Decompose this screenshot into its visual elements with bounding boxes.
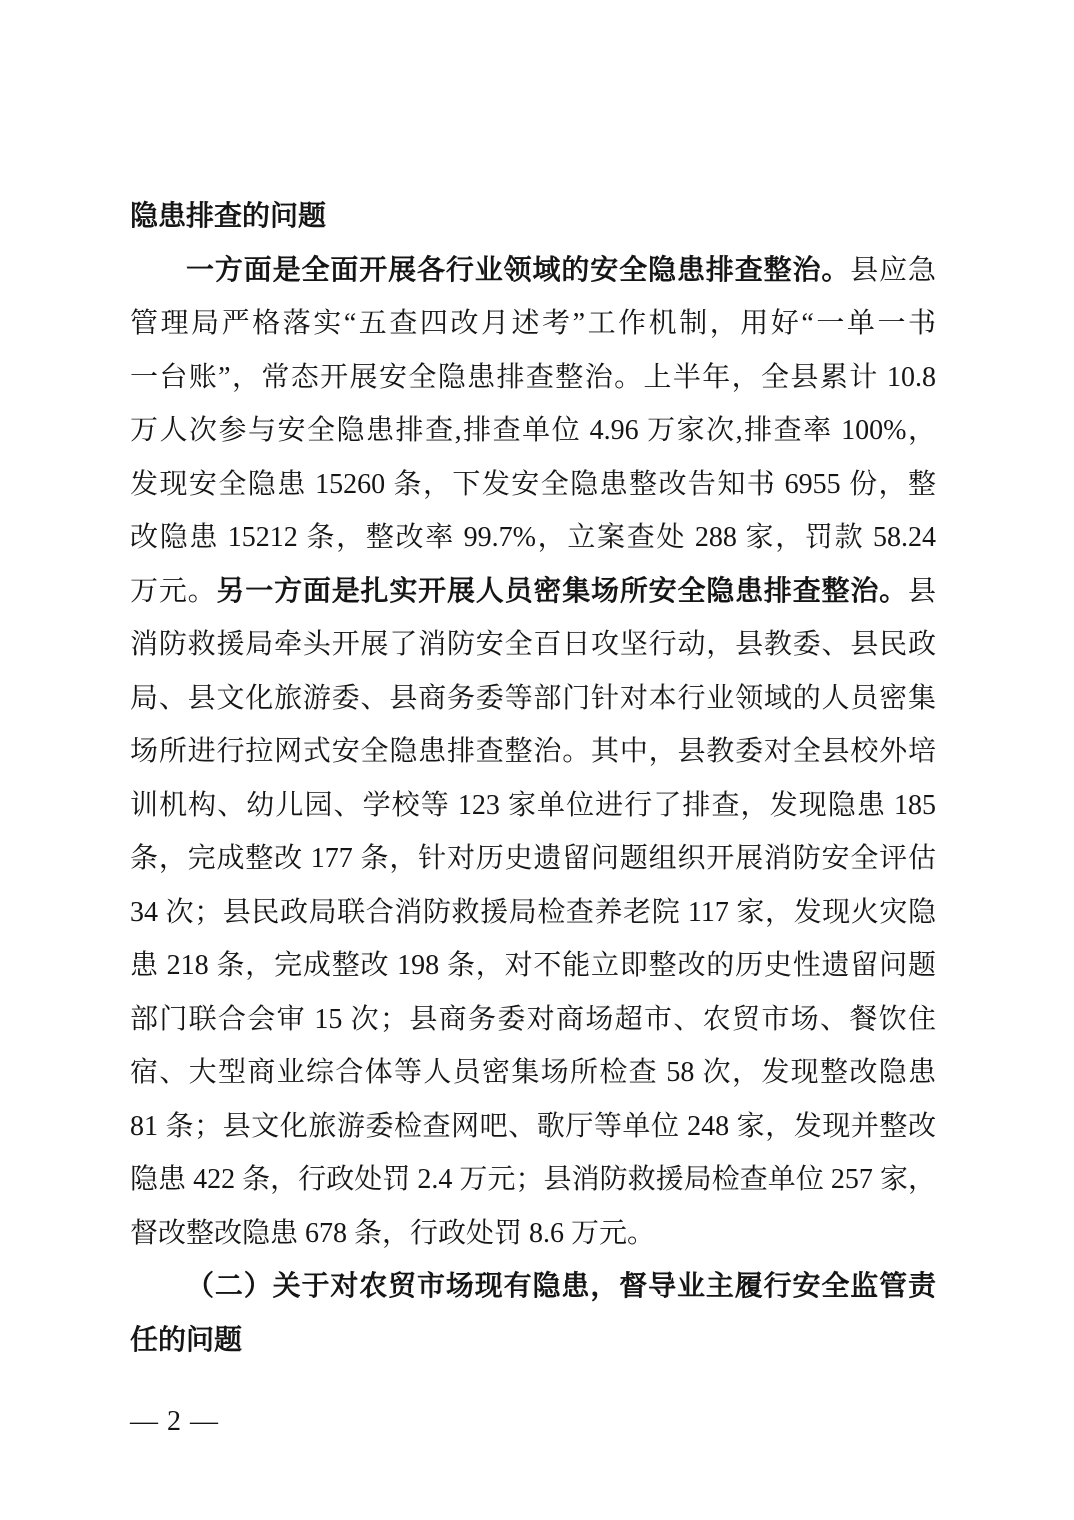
text-segment: 81 条；县文化旅游委检查网吧、歌厅等单位 248 家，发现并整改	[130, 1111, 936, 1142]
body-text-line: 条，完成整改 177 条，针对历史遗留问题组织开展消防安全评估	[130, 832, 936, 886]
text-segment: 消防救援局牵头开展了消防安全百日攻坚行动，县教委、县民政	[130, 629, 936, 660]
emphasis-text-segment: （二）关于对农贸市场现有隐患，督导业主履行安全监管责	[186, 1271, 936, 1302]
body-text-line: 局、县文化旅游委、县商务委等部门针对本行业领域的人员密集	[130, 672, 936, 726]
body-text-line: 34 次；县民政局联合消防救援局检查养老院 117 家，发现火灾隐	[130, 886, 936, 940]
body-text-line: 隐患 422 条，行政处罚 2.4 万元；县消防救援局检查单位 257 家，	[130, 1153, 936, 1207]
body-text-line: 场所进行拉网式安全隐患排查整治。其中，县教委对全县校外培	[130, 725, 936, 779]
document-body: 隐患排查的问题一方面是全面开展各行业领域的安全隐患排查整治。县应急管理局严格落实…	[130, 190, 936, 1367]
text-segment: 宿、大型商业综合体等人员密集场所检查 58 次，发现整改隐患	[130, 1057, 936, 1088]
text-segment: 改隐患 15212 条，整改率 99.7%，立案查处 288 家，罚款 58.2…	[130, 522, 936, 553]
text-segment: 发现安全隐患 15260 条，下发安全隐患整改告知书 6955 份，整	[130, 469, 936, 500]
body-text-line: 改隐患 15212 条，整改率 99.7%，立案查处 288 家，罚款 58.2…	[130, 511, 936, 565]
section-heading-line: 隐患排查的问题	[130, 190, 936, 244]
text-segment: 隐患 422 条，行政处罚 2.4 万元；县消防救援局检查单位 257 家，	[130, 1164, 936, 1195]
text-segment: 万元。	[130, 576, 216, 607]
text-segment: 万人次参与安全隐患排查,排查单位 4.96 万家次,排查率 100%，	[130, 415, 936, 446]
text-segment: 条，完成整改 177 条，针对历史遗留问题组织开展消防安全评估	[130, 843, 936, 874]
emphasis-text-segment: 另一方面是扎实开展人员密集场所安全隐患排查整治。	[216, 576, 908, 607]
text-segment: 场所进行拉网式安全隐患排查整治。其中，县教委对全县校外培	[130, 736, 936, 767]
body-text-line: 督改整改隐患 678 条，行政处罚 8.6 万元。	[130, 1207, 936, 1261]
document-page: 隐患排查的问题一方面是全面开展各行业领域的安全隐患排查整治。县应急管理局严格落实…	[0, 0, 1074, 1520]
text-segment: 训机构、幼儿园、学校等 123 家单位进行了排查，发现隐患 185	[130, 790, 936, 821]
text-segment: 患 218 条，完成整改 198 条，对不能立即整改的历史性遗留问题	[130, 950, 936, 981]
body-text-line: 81 条；县文化旅游委检查网吧、歌厅等单位 248 家，发现并整改	[130, 1100, 936, 1154]
text-segment: 管理局严格落实“五查四改月述考”工作机制，用好“一单一书	[130, 308, 936, 339]
section-heading-line: 任的问题	[130, 1314, 936, 1368]
body-text-line: 万元。另一方面是扎实开展人员密集场所安全隐患排查整治。县	[130, 565, 936, 619]
text-segment: 县应急	[850, 255, 936, 286]
body-text-line: 一台账”，常态开展安全隐患排查整治。上半年，全县累计 10.8	[130, 351, 936, 405]
body-text-line: 一方面是全面开展各行业领域的安全隐患排查整治。县应急	[130, 244, 936, 298]
body-text-line: 宿、大型商业综合体等人员密集场所检查 58 次，发现整改隐患	[130, 1046, 936, 1100]
text-segment: 县	[908, 576, 936, 607]
body-text-line: 万人次参与安全隐患排查,排查单位 4.96 万家次,排查率 100%，	[130, 404, 936, 458]
text-segment: 督改整改隐患 678 条，行政处罚 8.6 万元。	[130, 1218, 655, 1249]
emphasis-text-segment: 任的问题	[130, 1325, 242, 1356]
body-text-line: 患 218 条，完成整改 198 条，对不能立即整改的历史性遗留问题	[130, 939, 936, 993]
body-text-line: 部门联合会审 15 次；县商务委对商场超市、农贸市场、餐饮住	[130, 993, 936, 1047]
text-segment: 一台账”，常态开展安全隐患排查整治。上半年，全县累计 10.8	[130, 362, 936, 393]
text-segment: 34 次；县民政局联合消防救援局检查养老院 117 家，发现火灾隐	[130, 897, 936, 928]
body-text-line: 训机构、幼儿园、学校等 123 家单位进行了排查，发现隐患 185	[130, 779, 936, 833]
section-heading-line: （二）关于对农贸市场现有隐患，督导业主履行安全监管责	[130, 1260, 936, 1314]
text-segment: 部门联合会审 15 次；县商务委对商场超市、农贸市场、餐饮住	[130, 1004, 936, 1035]
page-number: — 2 —	[130, 1402, 219, 1442]
body-text-line: 发现安全隐患 15260 条，下发安全隐患整改告知书 6955 份，整	[130, 458, 936, 512]
emphasis-text-segment: 一方面是全面开展各行业领域的安全隐患排查整治。	[186, 255, 850, 286]
emphasis-text-segment: 隐患排查的问题	[130, 201, 326, 232]
body-text-line: 消防救援局牵头开展了消防安全百日攻坚行动，县教委、县民政	[130, 618, 936, 672]
body-text-line: 管理局严格落实“五查四改月述考”工作机制，用好“一单一书	[130, 297, 936, 351]
text-segment: 局、县文化旅游委、县商务委等部门针对本行业领域的人员密集	[130, 683, 936, 714]
